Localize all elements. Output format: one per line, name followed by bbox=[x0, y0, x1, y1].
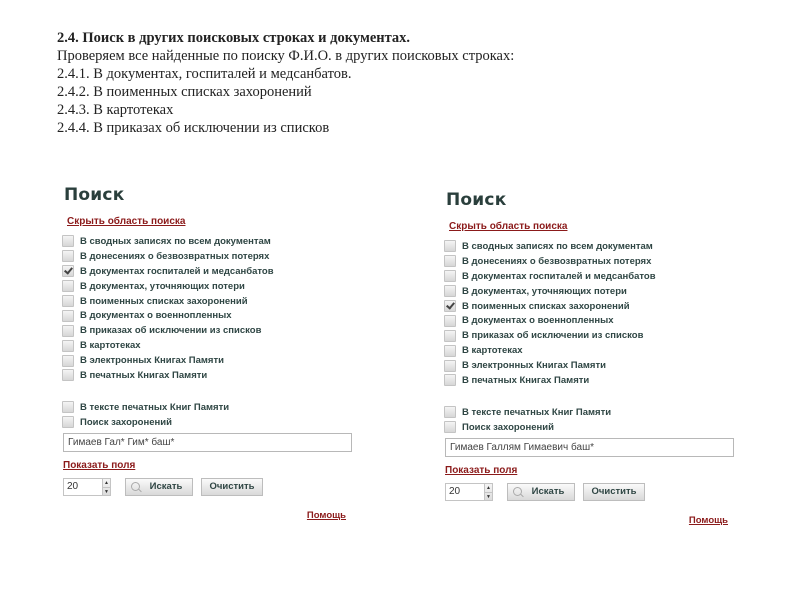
clear-button[interactable]: Очистить bbox=[201, 478, 263, 496]
magnifier-icon bbox=[513, 487, 522, 496]
search-button[interactable]: Искать bbox=[125, 478, 193, 496]
arrow-up-icon[interactable]: ▲ bbox=[485, 484, 492, 492]
checkbox-row[interactable]: В приказах об исключении из списков bbox=[62, 323, 362, 338]
checkbox-row[interactable]: В электронных Книгах Памяти bbox=[62, 353, 362, 368]
checkbox-row[interactable]: Поиск захоронений bbox=[444, 420, 744, 435]
checkbox[interactable] bbox=[444, 255, 456, 267]
search-panel-right: Поиск Скрыть область поиска В сводных за… bbox=[444, 190, 744, 526]
checkbox-label[interactable]: В печатных Книгах Памяти bbox=[462, 375, 589, 386]
checkbox-label[interactable]: В тексте печатных Книг Памяти bbox=[462, 407, 611, 418]
intro-text: Проверяем все найденные по поиску Ф.И.О.… bbox=[57, 47, 514, 65]
checkbox-label[interactable]: В документах о военнопленных bbox=[462, 315, 613, 326]
panel-title: Поиск bbox=[446, 190, 744, 210]
checkbox-label[interactable]: В документах, уточняющих потери bbox=[462, 286, 627, 297]
checkbox-label[interactable]: Поиск захоронений bbox=[80, 417, 172, 428]
checkbox-row[interactable]: В печатных Книгах Памяти bbox=[62, 368, 362, 383]
checkbox[interactable] bbox=[62, 355, 74, 367]
checkbox-label[interactable]: В электронных Книгах Памяти bbox=[80, 355, 224, 366]
help-link[interactable]: Помощь bbox=[62, 510, 346, 521]
checkbox-checked[interactable] bbox=[444, 300, 456, 312]
checkbox[interactable] bbox=[62, 295, 74, 307]
search-button[interactable]: Искать bbox=[507, 483, 575, 501]
checkbox-row[interactable]: Поиск захоронений bbox=[62, 415, 362, 430]
magnifier-icon bbox=[131, 482, 140, 491]
checkbox[interactable] bbox=[62, 416, 74, 428]
checkbox-label[interactable]: В приказах об исключении из списков bbox=[462, 330, 643, 341]
checkbox-row[interactable]: В документах, уточняющих потери bbox=[62, 279, 362, 294]
checkbox[interactable] bbox=[444, 345, 456, 357]
checkbox-row[interactable]: В приказах об исключении из списков bbox=[444, 328, 744, 343]
checkbox-label[interactable]: В электронных Книгах Памяти bbox=[462, 360, 606, 371]
checkbox[interactable] bbox=[62, 250, 74, 262]
checkbox-row[interactable]: В документах госпиталей и медсанбатов bbox=[444, 269, 744, 284]
checkbox-label[interactable]: В приказах об исключении из списков bbox=[80, 325, 261, 336]
checkbox[interactable] bbox=[444, 270, 456, 282]
checkbox[interactable] bbox=[444, 240, 456, 252]
page-size-input[interactable] bbox=[64, 479, 102, 495]
checkbox[interactable] bbox=[62, 401, 74, 413]
checkbox-label[interactable]: В донесениях о безвозвратных потерях bbox=[462, 256, 651, 267]
checkbox-row[interactable]: В тексте печатных Книг Памяти bbox=[444, 405, 744, 420]
checkbox[interactable] bbox=[62, 235, 74, 247]
page-size-input[interactable] bbox=[446, 484, 484, 500]
checkbox-list: В сводных записях по всем документамВ до… bbox=[62, 234, 362, 383]
checkbox[interactable] bbox=[444, 285, 456, 297]
arrow-down-icon[interactable]: ▼ bbox=[103, 487, 110, 496]
checkbox-label[interactable]: В документах госпиталей и медсанбатов bbox=[80, 266, 274, 277]
checkbox-row[interactable]: В документах о военнопленных bbox=[62, 308, 362, 323]
list-item: 2.4.4. В приказах об исключении из списк… bbox=[57, 119, 514, 137]
hide-search-area-link[interactable]: Скрыть область поиска bbox=[67, 216, 185, 227]
page-size-stepper[interactable]: ▲ ▼ bbox=[445, 483, 493, 501]
checkbox-row[interactable]: В тексте печатных Книг Памяти bbox=[62, 400, 362, 415]
list-item: 2.4.3. В картотеках bbox=[57, 101, 514, 119]
checkbox[interactable] bbox=[62, 310, 74, 322]
show-fields-link[interactable]: Показать поля bbox=[63, 460, 135, 471]
checkbox-row[interactable]: В картотеках bbox=[62, 338, 362, 353]
stepper-arrows[interactable]: ▲ ▼ bbox=[484, 484, 492, 500]
checkbox-row[interactable]: В печатных Книгах Памяти bbox=[444, 373, 744, 388]
help-link[interactable]: Помощь bbox=[444, 515, 728, 526]
checkbox[interactable] bbox=[62, 369, 74, 381]
checkbox[interactable] bbox=[62, 280, 74, 292]
checkbox[interactable] bbox=[444, 330, 456, 342]
checkbox-label[interactable]: В сводных записях по всем документам bbox=[462, 241, 653, 252]
checkbox-row[interactable]: В электронных Книгах Памяти bbox=[444, 358, 744, 373]
list-item: 2.4.2. В поименных списках захоронений bbox=[57, 83, 514, 101]
checkbox-label[interactable]: В сводных записях по всем документам bbox=[80, 236, 271, 247]
checkbox-label[interactable]: В документах о военнопленных bbox=[80, 310, 231, 321]
checkbox-row[interactable]: В документах, уточняющих потери bbox=[444, 284, 744, 299]
checkbox-row[interactable]: В поименных списках захоронений bbox=[444, 299, 744, 314]
show-fields-link[interactable]: Показать поля bbox=[445, 465, 517, 476]
checkbox-label[interactable]: В тексте печатных Книг Памяти bbox=[80, 402, 229, 413]
checkbox-label[interactable]: В документах, уточняющих потери bbox=[80, 281, 245, 292]
checkbox-row[interactable]: В картотеках bbox=[444, 343, 744, 358]
checkbox-label[interactable]: В документах госпиталей и медсанбатов bbox=[462, 271, 656, 282]
checkbox-label[interactable]: В донесениях о безвозвратных потерях bbox=[80, 251, 269, 262]
document-text: 2.4. Поиск в других поисковых строках и … bbox=[57, 29, 514, 137]
checkbox-label[interactable]: В картотеках bbox=[80, 340, 141, 351]
checkbox[interactable] bbox=[62, 325, 74, 337]
checkbox[interactable] bbox=[444, 360, 456, 372]
clear-button[interactable]: Очистить bbox=[583, 483, 645, 501]
checkbox-label[interactable]: В поименных списках захоронений bbox=[462, 301, 630, 312]
checkbox[interactable] bbox=[444, 315, 456, 327]
extra-checkbox-list: В тексте печатных Книг ПамятиПоиск захор… bbox=[62, 400, 362, 430]
checkbox[interactable] bbox=[444, 374, 456, 386]
page-size-stepper[interactable]: ▲ ▼ bbox=[63, 478, 111, 496]
section-heading: 2.4. Поиск в других поисковых строках и … bbox=[57, 29, 514, 47]
checkbox-label[interactable]: Поиск захоронений bbox=[462, 422, 554, 433]
arrow-up-icon[interactable]: ▲ bbox=[103, 479, 110, 487]
checkbox-row[interactable]: В донесениях о безвозвратных потерях bbox=[444, 254, 744, 269]
hide-search-area-link[interactable]: Скрыть область поиска bbox=[449, 221, 567, 232]
search-controls: ▲ ▼ Искать Очистить bbox=[63, 478, 362, 496]
panel-title: Поиск bbox=[64, 185, 362, 205]
checkbox-row[interactable]: В сводных записях по всем документам bbox=[444, 239, 744, 254]
checkbox[interactable] bbox=[62, 340, 74, 352]
checkbox-label[interactable]: В поименных списках захоронений bbox=[80, 296, 248, 307]
checkbox-row[interactable]: В поименных списках захоронений bbox=[62, 294, 362, 309]
checkbox-list: В сводных записях по всем документамВ до… bbox=[444, 239, 744, 388]
checkbox-label[interactable]: В картотеках bbox=[462, 345, 523, 356]
checkbox-row[interactable]: В сводных записях по всем документам bbox=[62, 234, 362, 249]
list-item: 2.4.1. В документах, госпиталей и медсан… bbox=[57, 65, 514, 83]
checkbox-label[interactable]: В печатных Книгах Памяти bbox=[80, 370, 207, 381]
checkbox-checked[interactable] bbox=[62, 265, 74, 277]
stepper-arrows[interactable]: ▲ ▼ bbox=[102, 479, 110, 495]
search-input[interactable] bbox=[445, 438, 734, 457]
extra-checkbox-list: В тексте печатных Книг ПамятиПоиск захор… bbox=[444, 405, 744, 435]
checkbox-row[interactable]: В документах о военнопленных bbox=[444, 313, 744, 328]
arrow-down-icon[interactable]: ▼ bbox=[485, 492, 492, 501]
search-controls: ▲ ▼ Искать Очистить bbox=[445, 483, 744, 501]
search-panel-left: Поиск Скрыть область поиска В сводных за… bbox=[62, 185, 362, 521]
checkbox[interactable] bbox=[444, 421, 456, 433]
checkbox-row[interactable]: В донесениях о безвозвратных потерях bbox=[62, 249, 362, 264]
search-input[interactable] bbox=[63, 433, 352, 452]
checkbox-row[interactable]: В документах госпиталей и медсанбатов bbox=[62, 264, 362, 279]
checkbox[interactable] bbox=[444, 406, 456, 418]
